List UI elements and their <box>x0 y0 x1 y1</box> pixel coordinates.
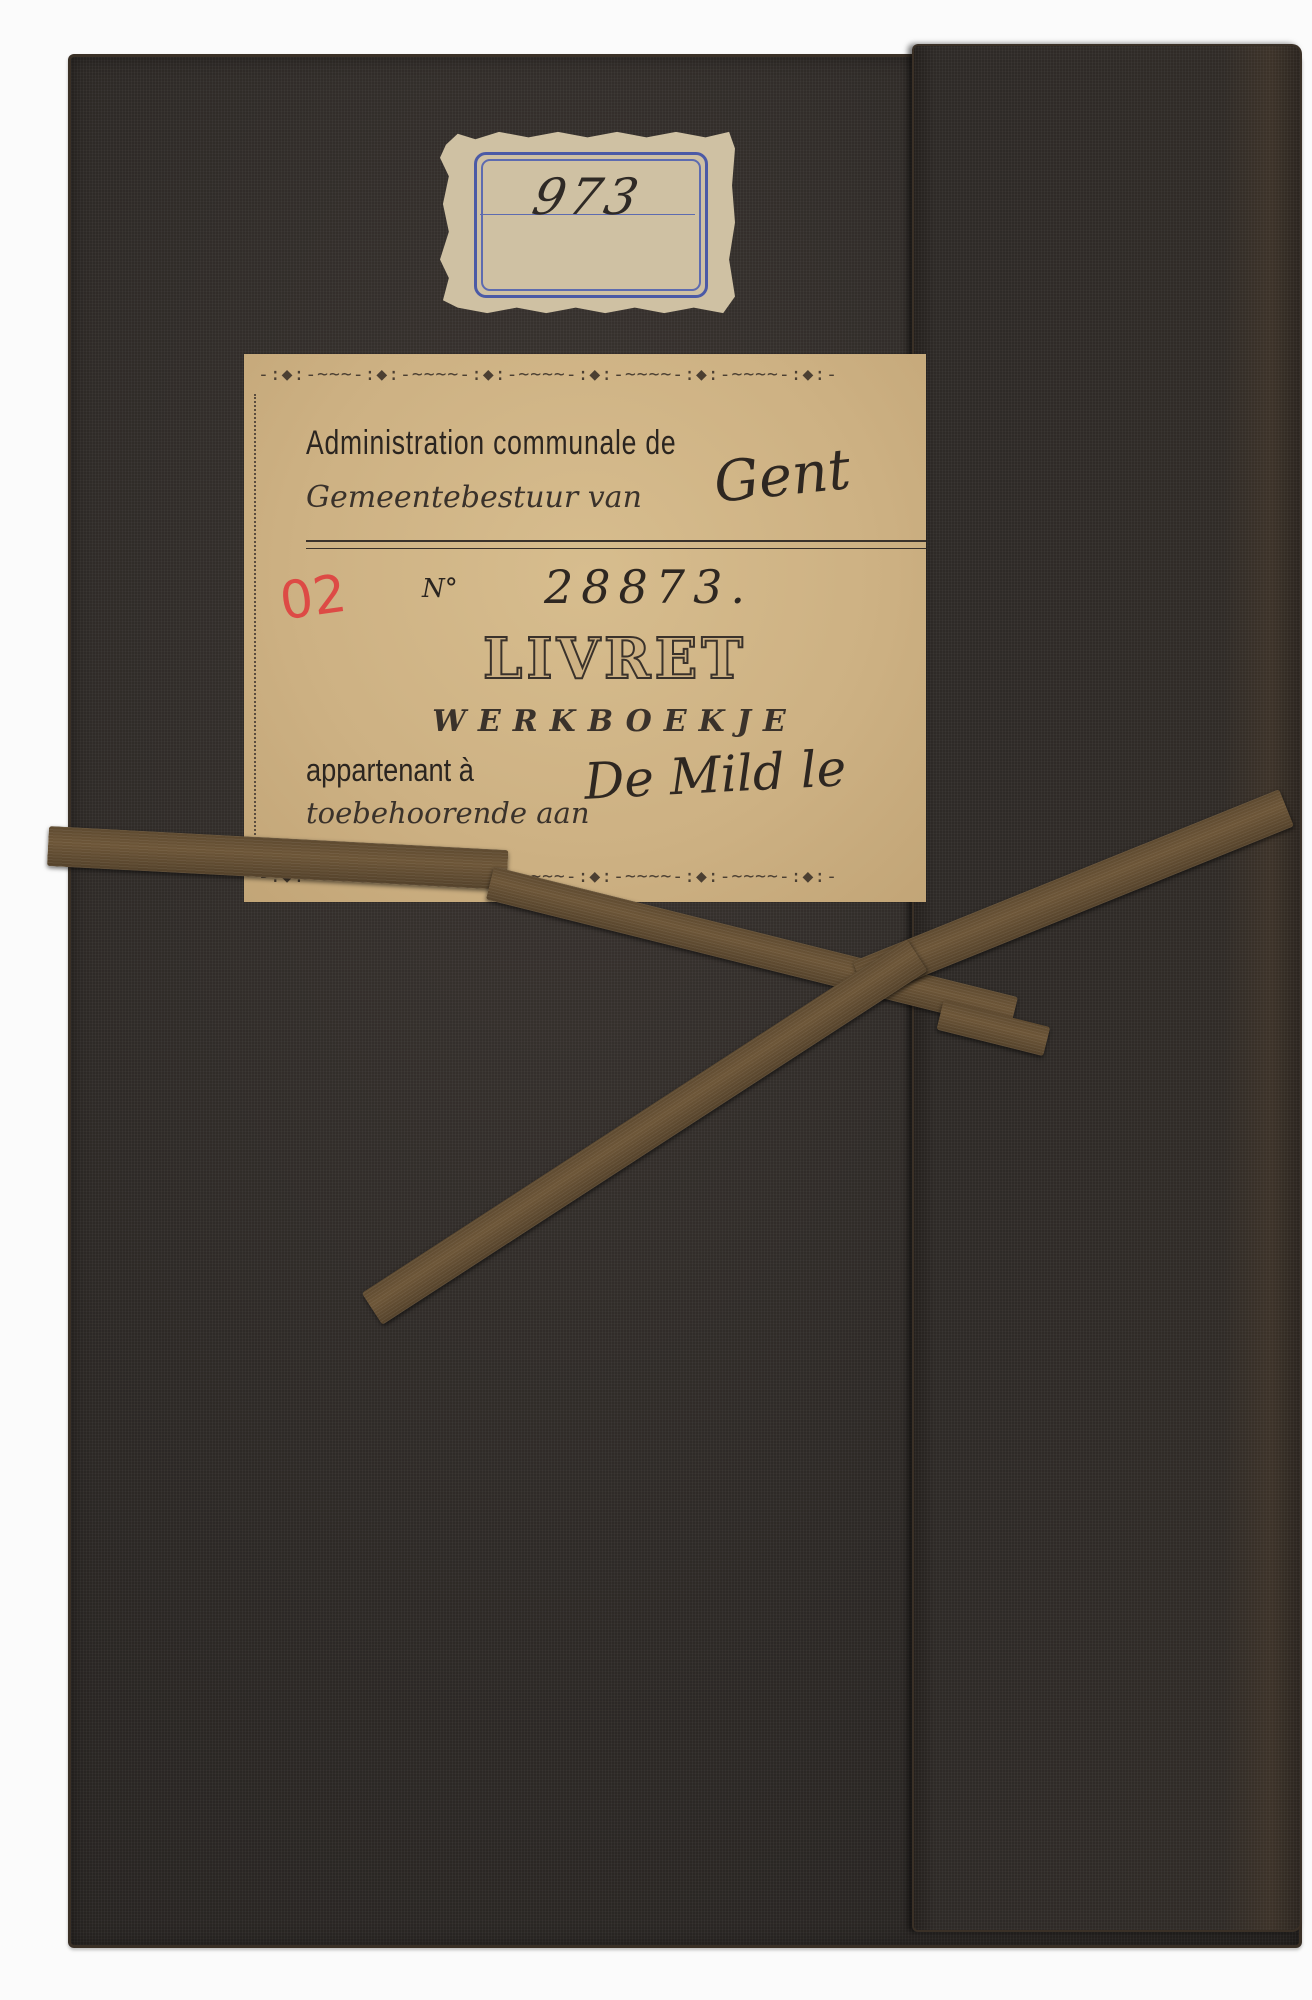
owner-line-nl: toebehoorende aan <box>306 796 590 830</box>
admin-line-nl: Gemeentebestuur van <box>306 480 642 515</box>
owner-handwritten: De Mild le <box>583 739 848 811</box>
label-rule-thin <box>306 548 926 549</box>
number-prefix: N° <box>422 574 458 604</box>
registration-number: 28873. <box>544 560 753 614</box>
label-rule <box>306 540 926 542</box>
owner-line-fr: appartenant à <box>306 752 474 789</box>
ornament-border-top: -:◆:-~~~-:◆:-~~~~-:◆:-~~~~-:◆:-~~~~-:◆:-… <box>258 364 926 385</box>
paper-label: -:◆:-~~~-:◆:-~~~~-:◆:-~~~~-:◆:-~~~~-:◆:-… <box>244 354 926 902</box>
title-werkboekje: WERKBOEKJE <box>244 704 926 739</box>
number-tag: 973 <box>440 130 735 315</box>
title-livret: LIVRET <box>244 626 926 692</box>
tag-number: 973 <box>434 168 741 226</box>
red-pencil-mark: 02 <box>276 564 350 633</box>
municipality-handwritten: Gent <box>711 437 854 516</box>
admin-line-fr: Administration communale de <box>306 424 676 463</box>
